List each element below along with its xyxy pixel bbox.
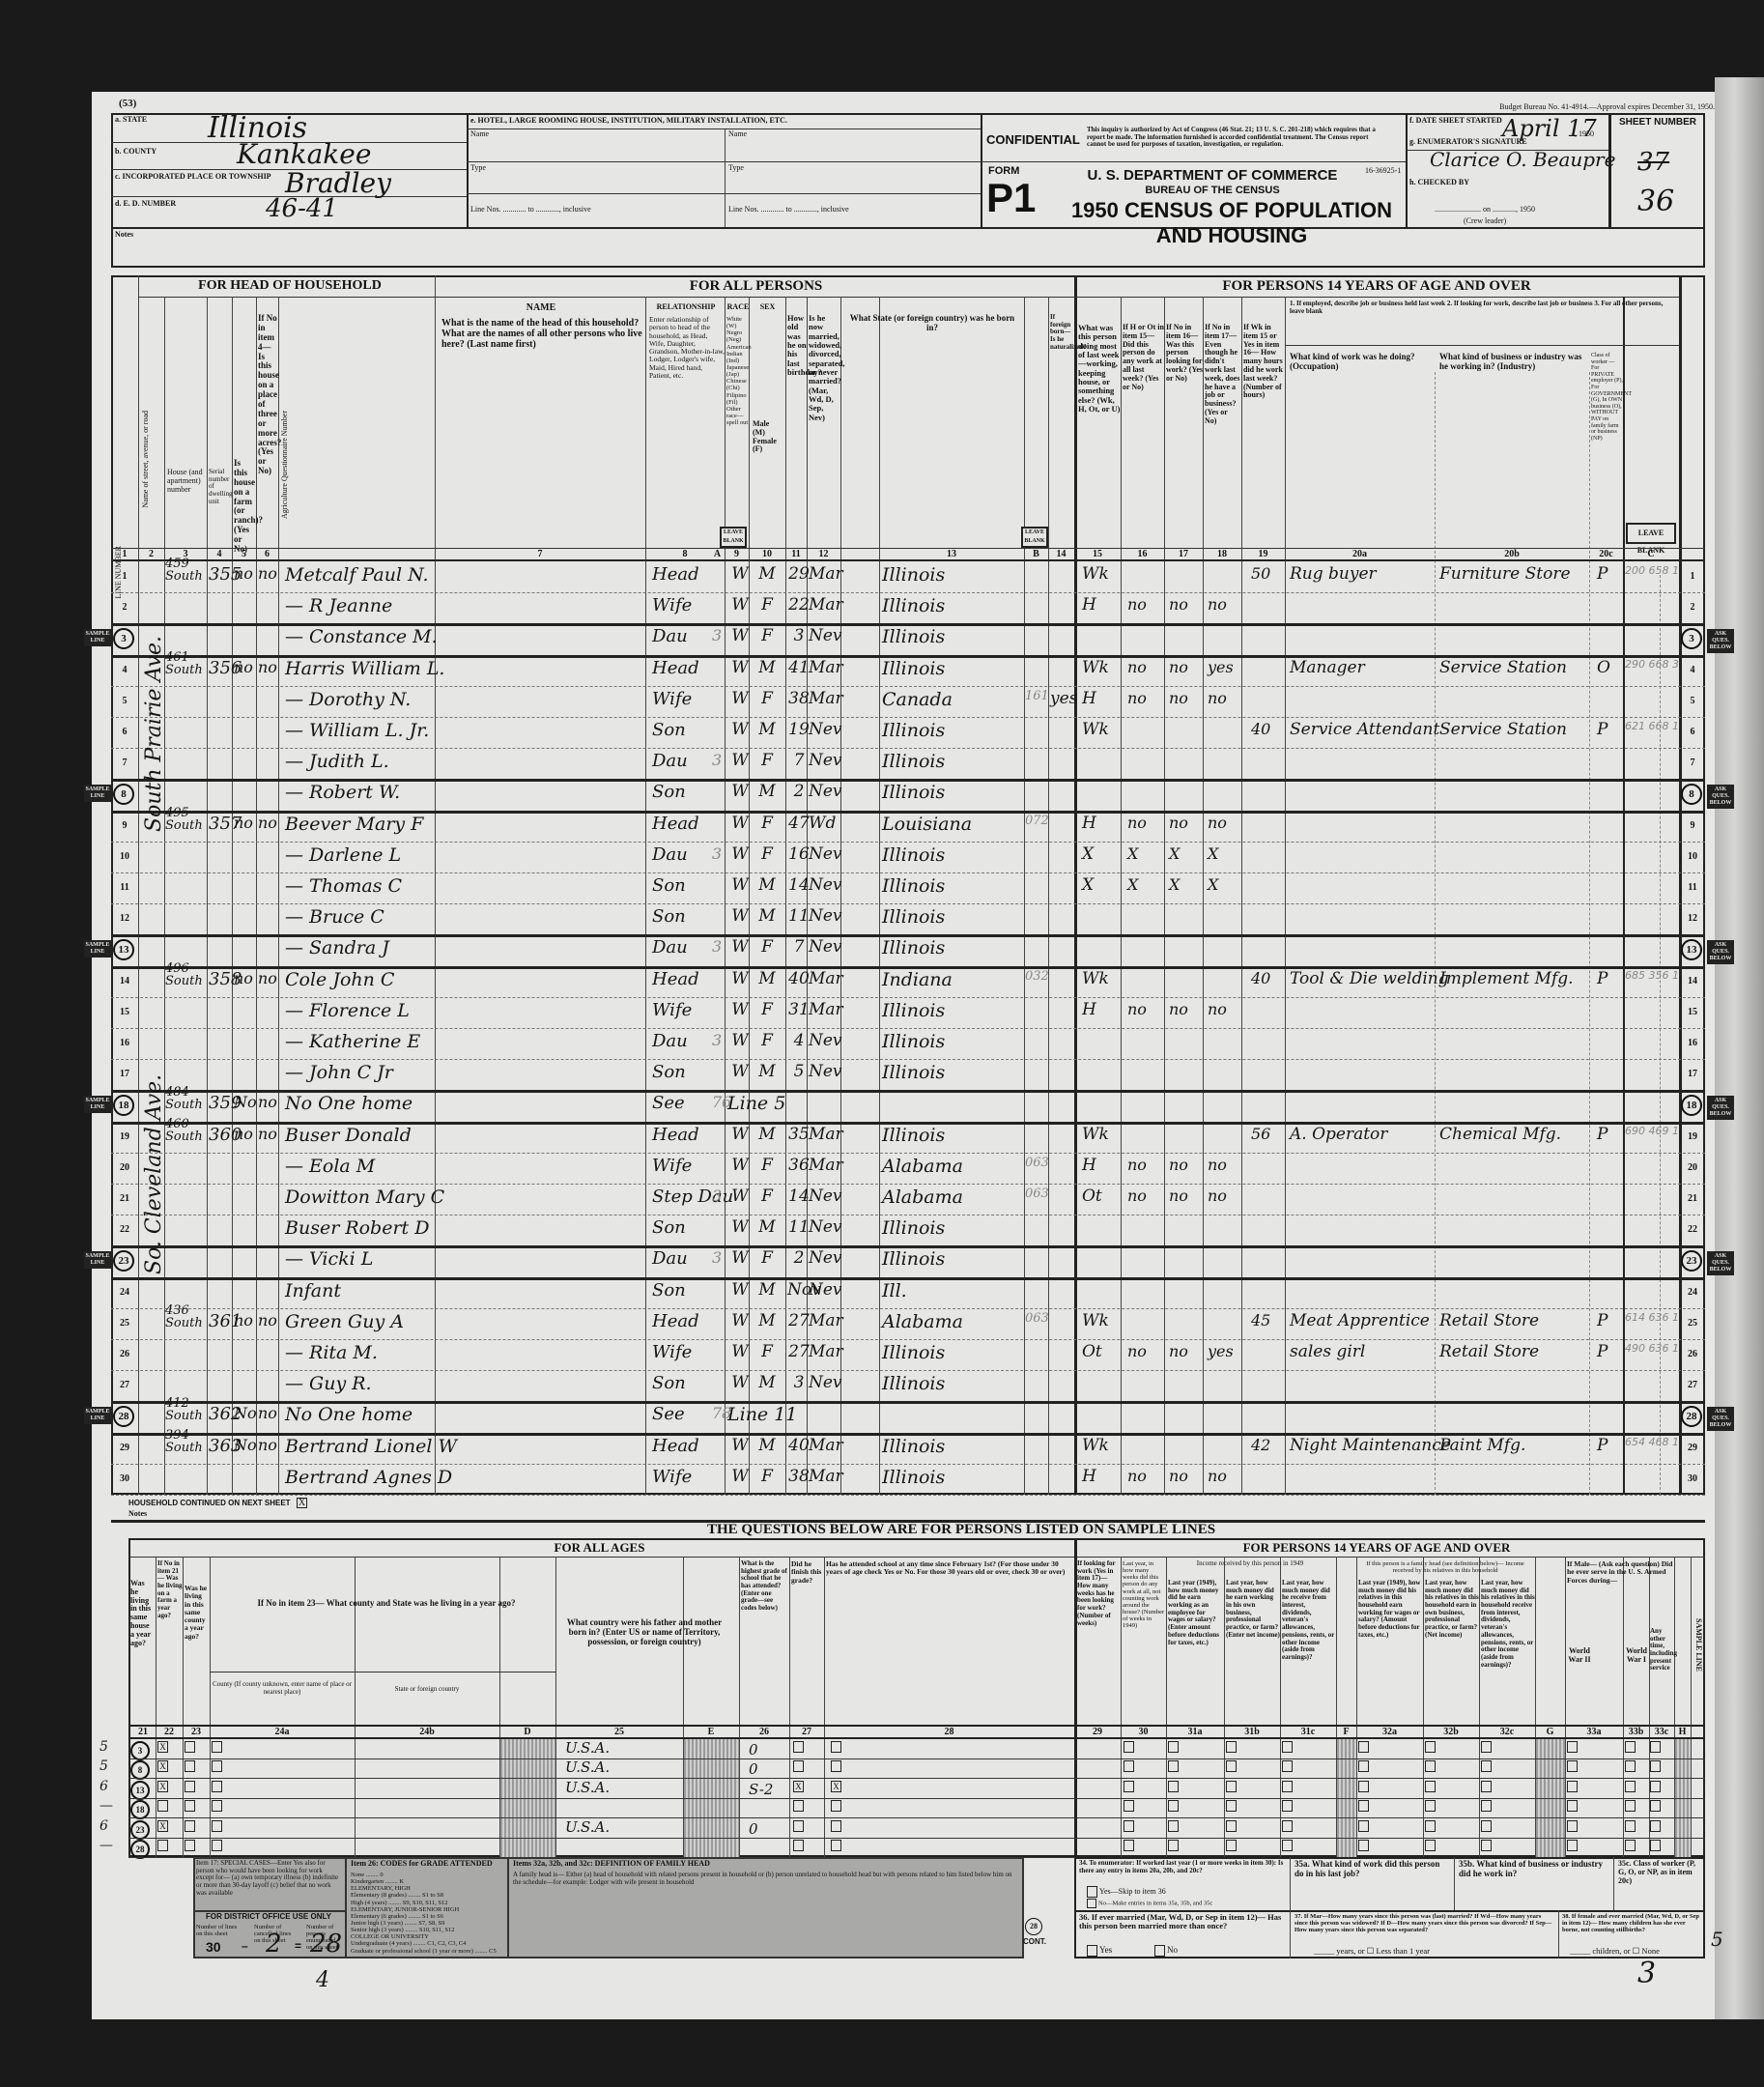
income-none-checkbox[interactable] (1226, 1820, 1238, 1832)
cancelled-value: 2 (266, 1930, 282, 1958)
sample-title: THE QUESTIONS BELOW ARE FOR PERSONS LIST… (575, 1522, 1348, 1538)
grade-attended: 0 (749, 1741, 758, 1758)
cell-race: W (729, 564, 751, 584)
cell-cls: P (1597, 1342, 1621, 1361)
armed-forces-checkbox[interactable] (1567, 1760, 1579, 1772)
cell-q17: no (1169, 1186, 1203, 1205)
q26-header: What is the highest grade of school that… (741, 1560, 789, 1613)
sample-column-number: 32c (1479, 1727, 1535, 1737)
cell-cls: P (1597, 1436, 1621, 1455)
income-none-checkbox[interactable] (1358, 1800, 1371, 1812)
margin-mark: — (100, 1798, 113, 1814)
column-number: 18 (1203, 549, 1241, 559)
cell-q16: no (1127, 1156, 1166, 1174)
armed-forces-checkbox[interactable] (1650, 1781, 1663, 1792)
q23-yes-checkbox[interactable] (212, 1800, 224, 1812)
income-none-checkbox[interactable] (1481, 1781, 1494, 1792)
cell-race: W (729, 814, 751, 833)
bureau: BUREAU OF THE CENSUS (1067, 185, 1357, 196)
cell-ind: Furniture Store (1439, 564, 1584, 584)
cell-house: 460 South (165, 1118, 208, 1143)
q33a-header: World War II (1567, 1647, 1592, 1665)
income-none-checkbox[interactable] (1168, 1741, 1181, 1753)
margin-mark: 6 (100, 1779, 108, 1794)
income-none-checkbox[interactable] (1168, 1800, 1181, 1812)
q21-yes-checkbox[interactable]: X (157, 1820, 170, 1832)
cell-blankB: 032 (1025, 969, 1048, 984)
col6-header: Agriculture Questionnaire Number (281, 411, 295, 519)
q22-yes-checkbox[interactable] (185, 1781, 197, 1792)
q23-yes-checkbox[interactable] (212, 1840, 224, 1851)
cell-cls: O (1597, 658, 1621, 677)
grade-code: Kindergarten ........ K (351, 1878, 503, 1885)
q23-yes-checkbox[interactable] (212, 1820, 224, 1832)
equals-sign: = (295, 1939, 301, 1953)
cell-q16: X (1127, 844, 1166, 863)
cell-name: — John C Jr (285, 1062, 642, 1083)
q33-header: If Male— (Ask each question) Did he ever… (1567, 1560, 1673, 1585)
cell-mar: Mar (809, 1000, 847, 1019)
cell-birth: Illinois (882, 1217, 1022, 1239)
cell-rel: Son (652, 782, 725, 802)
row-divider (111, 592, 1705, 593)
cell-mar: Mar (809, 658, 847, 677)
q22-yes-checkbox[interactable] (185, 1820, 197, 1832)
sample-column-number: 26 (739, 1727, 789, 1737)
cell-race: W (729, 1373, 751, 1392)
sample-column-number: 25 (555, 1727, 683, 1737)
cell-name: — R Jeanne (285, 595, 642, 616)
income-none-checkbox[interactable] (1481, 1840, 1494, 1851)
cell-name: Bertrand Lionel W (285, 1436, 642, 1457)
line-number-right: 11 (1681, 882, 1704, 893)
cell-age: 29 (787, 564, 811, 584)
cell-cls: P (1597, 969, 1621, 988)
grade-code: Elementary (8 grades) ........ S1 to S8 (351, 1892, 503, 1899)
income-none-checkbox[interactable] (1282, 1741, 1295, 1753)
cell-birth: Illinois (882, 720, 1022, 741)
checked-line: ........................ on ............… (1435, 206, 1535, 214)
q30-none-checkbox[interactable] (1124, 1820, 1136, 1832)
income-none-checkbox[interactable] (1168, 1820, 1181, 1832)
cell-age: 19 (787, 720, 811, 739)
q34-no[interactable]: No—Make entries in items 35a, 35b, and 3… (1087, 1899, 1212, 1908)
q21-yes-checkbox[interactable]: X (157, 1760, 170, 1772)
cell-blankB: 072 (1025, 814, 1048, 828)
income-none-checkbox[interactable] (1226, 1760, 1238, 1772)
armed-forces-checkbox[interactable] (1625, 1781, 1637, 1792)
grade-attended: 0 (749, 1820, 758, 1838)
q23-yes-checkbox[interactable] (212, 1760, 224, 1772)
line-number: 12 (113, 913, 136, 924)
armed-forces-checkbox[interactable] (1650, 1741, 1663, 1753)
cell-sex: F (753, 814, 782, 833)
sample-column-number: 21 (130, 1727, 156, 1737)
sheet-number-label: SHEET NUMBER (1614, 117, 1701, 128)
sample-column-number: 31b (1224, 1727, 1280, 1737)
col10-title: SEX (750, 302, 785, 311)
ask-ques-tag: ASK QUES. BELOW (1707, 785, 1734, 809)
cell-sex: M (753, 564, 782, 584)
band-sample-14-over: FOR PERSONS 14 YEARS OF AGE AND OVER (1077, 1540, 1676, 1556)
q30-header: Last year, in how many weeks did this pe… (1123, 1560, 1165, 1629)
income-none-checkbox[interactable] (1282, 1820, 1295, 1832)
cell-mar: Mar (809, 1156, 847, 1175)
q34-yes[interactable]: Yes—Skip to item 36 (1087, 1886, 1166, 1898)
armed-forces-checkbox[interactable] (1625, 1840, 1637, 1851)
cell-name: — Katherine E (285, 1031, 642, 1052)
type-label-2: Type (728, 164, 744, 173)
income-none-checkbox[interactable] (1282, 1840, 1295, 1851)
sample-column-number: 33c (1649, 1727, 1674, 1737)
q28-checkbox[interactable] (831, 1840, 843, 1851)
cell-race: W (729, 1311, 751, 1330)
line-number-right: 20 (1681, 1162, 1704, 1173)
page-code: (53) (119, 98, 136, 109)
income-none-checkbox[interactable] (1425, 1741, 1437, 1753)
income-none-checkbox[interactable] (1226, 1741, 1238, 1753)
margin-mark: 5 (100, 1739, 108, 1755)
cell-mar: Mar (809, 969, 847, 988)
q27-checkbox[interactable] (793, 1820, 806, 1832)
q27-header: Did he finish this grade? (791, 1560, 824, 1585)
cell-blankB: 063 (1025, 1156, 1048, 1170)
cell-occ: Rug buyer (1290, 564, 1435, 584)
income-none-checkbox[interactable] (1358, 1760, 1371, 1772)
q27-checkbox[interactable] (793, 1840, 806, 1851)
cell-farm: No (234, 1436, 259, 1454)
income-none-checkbox[interactable] (1358, 1820, 1371, 1832)
armed-forces-checkbox[interactable] (1625, 1760, 1637, 1772)
cell-sex: F (753, 1248, 782, 1268)
cell-cls: P (1597, 720, 1621, 739)
q21-header: Was he living in this same house a year … (130, 1580, 154, 1647)
income-none-checkbox[interactable] (1226, 1800, 1238, 1812)
cell-blankA: 3 (712, 751, 726, 769)
sample-column-number: D (499, 1727, 555, 1737)
col15-header: What was this person doing most of last … (1078, 324, 1121, 414)
income-none-checkbox[interactable] (1425, 1820, 1437, 1832)
armed-forces-checkbox[interactable] (1567, 1741, 1579, 1753)
armed-forces-checkbox[interactable] (1567, 1781, 1579, 1792)
q22-yes-checkbox[interactable] (185, 1760, 197, 1772)
father-birthplace: U.S.A. (565, 1779, 610, 1796)
column-number: 7 (435, 549, 645, 559)
cell-mar: Mar (809, 595, 847, 615)
cell-age: 38 (787, 1467, 811, 1486)
cont-circle-icon: 28 (1025, 1918, 1042, 1935)
line-number: 7 (113, 758, 136, 768)
q28-header: Has he attended school at any time since… (826, 1560, 1072, 1577)
income-none-checkbox[interactable] (1425, 1800, 1437, 1812)
cell-birth: Indiana (882, 969, 1022, 990)
q27-checkbox[interactable] (793, 1800, 806, 1812)
cell-race: W (729, 1248, 751, 1268)
armed-forces-checkbox[interactable] (1567, 1820, 1579, 1832)
cell-occ: sales girl (1290, 1342, 1435, 1361)
cell-age: 11 (787, 1217, 811, 1237)
cell-name: — Florence L (285, 1000, 642, 1021)
cell-occ: Service Attendant (1290, 720, 1435, 739)
cell-birth: Illinois (882, 595, 1022, 616)
cell-acres: no (258, 969, 281, 987)
sample-column-number: E (683, 1727, 739, 1737)
income-none-checkbox[interactable] (1481, 1741, 1494, 1753)
family-header: If this person is a family head (see def… (1358, 1560, 1532, 1574)
q22-yes-checkbox[interactable] (185, 1840, 197, 1851)
cell-race: W (729, 1342, 751, 1361)
row-divider (111, 717, 1705, 718)
cell-cls: P (1597, 1311, 1621, 1330)
cell-code: 200 658 1 (1625, 564, 1683, 577)
armed-forces-checkbox[interactable] (1650, 1820, 1663, 1832)
line-number-right: 14 (1681, 976, 1704, 986)
cell-q16: no (1127, 1467, 1166, 1485)
q28-checkbox[interactable] (831, 1741, 843, 1753)
cell-nat: yes (1050, 689, 1074, 708)
line-number-right: 26 (1681, 1349, 1704, 1359)
q28-checkbox[interactable]: X (831, 1781, 843, 1792)
ask-ques-tag: ASK QUES. BELOW (1707, 1096, 1734, 1120)
column-number: 10 (749, 549, 785, 559)
cell-birth: Alabama (882, 1311, 1022, 1332)
grade-codes-title: Item 26: CODES for GRADE ATTENDED (351, 1860, 493, 1869)
income-none-checkbox[interactable] (1358, 1840, 1371, 1851)
cell-code: 685 356 1 (1625, 969, 1683, 982)
cell-name: Buser Donald (285, 1125, 642, 1146)
cell-race: W (729, 782, 751, 801)
cell-sex: M (753, 1373, 782, 1392)
cell-birth: Illinois (882, 1248, 1022, 1270)
line-number: 10 (113, 851, 136, 862)
q24-header: If No in item 23— What county and State … (227, 1599, 546, 1609)
cell-q17: no (1169, 595, 1203, 614)
census-title: 1950 CENSUS OF POPULATION AND HOUSING (1048, 198, 1415, 248)
sample-column-number: G (1535, 1727, 1565, 1737)
cell-birth: Illinois (882, 906, 1022, 928)
q37-answer[interactable]: _____ years, or ☐ Less than 1 year (1314, 1947, 1430, 1956)
department: U. S. DEPARTMENT OF COMMERCE (1067, 167, 1357, 184)
column-number: 14 (1048, 549, 1074, 559)
enumerator-label: g. ENUMERATOR'S SIGNATURE (1409, 138, 1527, 147)
line-number: 16 (113, 1038, 136, 1048)
cell-age: 38 (787, 689, 811, 708)
cell-q18: no (1208, 1186, 1241, 1205)
q21-yes-checkbox[interactable]: X (157, 1741, 170, 1753)
income-none-checkbox[interactable] (1226, 1840, 1238, 1851)
column-number: 11 (785, 549, 807, 559)
income-none-checkbox[interactable] (1282, 1781, 1295, 1792)
q30-none-checkbox[interactable] (1124, 1800, 1136, 1812)
margin-mark: 6 (100, 1818, 108, 1834)
armed-forces-checkbox[interactable] (1625, 1800, 1637, 1812)
q27-checkbox[interactable]: X (793, 1781, 806, 1792)
q23-yes-checkbox[interactable] (212, 1781, 224, 1792)
armed-forces-checkbox[interactable] (1650, 1760, 1663, 1772)
cell-birth: Louisiana (882, 814, 1022, 835)
sample-line-tag: SAMPLE LINE (84, 629, 111, 646)
q30-none-checkbox[interactable] (1124, 1741, 1136, 1753)
income-none-checkbox[interactable] (1358, 1741, 1371, 1753)
cell-farm: no (234, 564, 259, 583)
q30-none-checkbox[interactable] (1124, 1760, 1136, 1772)
line-number: 19 (113, 1131, 136, 1142)
cell-farm: No (234, 1093, 259, 1111)
sample-column-number: 28 (824, 1727, 1074, 1737)
cell-code: 690 469 1 (1625, 1125, 1683, 1137)
cell-age: 40 (787, 969, 811, 988)
cell-work: H (1082, 595, 1121, 615)
cell-mar: Nev (809, 751, 847, 770)
q23-yes-checkbox[interactable] (212, 1741, 224, 1753)
q27-checkbox[interactable] (793, 1741, 806, 1753)
col3-header: Serial number of dwelling unit (209, 469, 232, 505)
income-none-checkbox[interactable] (1282, 1800, 1295, 1812)
armed-forces-checkbox[interactable] (1625, 1820, 1637, 1832)
line-number: 17 (113, 1069, 136, 1079)
cell-name: — Thomas C (285, 875, 642, 897)
household-continued-checkbox[interactable]: X (297, 1498, 307, 1508)
cell-age: 3 (787, 626, 811, 645)
cell-sex: F (753, 1031, 782, 1050)
cell-q18: X (1208, 875, 1241, 894)
armed-forces-checkbox[interactable] (1567, 1840, 1579, 1851)
row-divider (111, 1153, 1705, 1154)
sample-column-number: F (1336, 1727, 1356, 1737)
cell-q18: yes (1208, 1342, 1241, 1360)
q36-no[interactable]: No (1154, 1945, 1178, 1957)
notes-label: Notes (115, 231, 133, 240)
cell-birth: Illinois (882, 1342, 1022, 1363)
cell-age: 40 (787, 1436, 811, 1455)
q32c-header: Last year, how much money did his relati… (1481, 1580, 1535, 1669)
income-none-checkbox[interactable] (1282, 1760, 1295, 1772)
cell-work: H (1082, 689, 1121, 708)
income-none-checkbox[interactable] (1168, 1781, 1181, 1792)
cell-race: W (729, 937, 751, 957)
cell-race: W (729, 906, 751, 926)
cell-name: No One home (285, 1093, 642, 1114)
cell-code: 490 636 1 (1625, 1342, 1683, 1355)
q28-checkbox[interactable] (831, 1760, 843, 1772)
income-none-checkbox[interactable] (1358, 1781, 1371, 1792)
sample-column-number: 31a (1166, 1727, 1224, 1737)
row-divider (111, 1059, 1705, 1060)
q21-yes-checkbox[interactable]: X (157, 1781, 170, 1792)
q21-yes-checkbox[interactable] (157, 1840, 170, 1851)
q21-yes-checkbox[interactable] (157, 1800, 170, 1812)
line-number-right: 12 (1681, 913, 1704, 924)
cell-hours: 40 (1251, 720, 1280, 738)
grade-code: Elementary (6 grades) ........ S1 to S6 (351, 1913, 503, 1920)
income-none-checkbox[interactable] (1425, 1781, 1437, 1792)
cell-birth: Alabama (882, 1156, 1022, 1177)
cell-race: W (729, 844, 751, 864)
armed-forces-checkbox[interactable] (1567, 1800, 1579, 1812)
q28-checkbox[interactable] (831, 1800, 843, 1812)
income-none-checkbox[interactable] (1481, 1760, 1494, 1772)
cell-blankA: 3 (712, 1031, 726, 1049)
grade-code: None ........ 0 (351, 1872, 503, 1878)
q34: 34. To enumerator: If worked last year (… (1079, 1860, 1286, 1874)
cell-mar: Nev (809, 1280, 847, 1300)
armed-forces-checkbox[interactable] (1650, 1800, 1663, 1812)
sample-column-number: 23 (183, 1727, 210, 1737)
cell-sex: M (753, 658, 782, 677)
q36-yes[interactable]: Yes (1087, 1945, 1112, 1957)
line-number: 22 (113, 1224, 136, 1235)
cell-sex: M (753, 1280, 782, 1300)
armed-forces-checkbox[interactable] (1650, 1840, 1663, 1851)
q28-checkbox[interactable] (831, 1820, 843, 1832)
family-head-title: Items 32a, 32b, and 32c: DEFINITION OF F… (513, 1860, 710, 1869)
row-divider (111, 1184, 1705, 1185)
q30-none-checkbox[interactable] (1124, 1781, 1136, 1792)
income-none-checkbox[interactable] (1425, 1760, 1437, 1772)
father-birthplace: U.S.A. (565, 1818, 610, 1836)
cell-rel: Wife (652, 1467, 725, 1487)
line-number: 25 (113, 1318, 136, 1329)
q30-none-checkbox[interactable] (1124, 1840, 1136, 1851)
cell-rel: Son (652, 906, 725, 927)
income-none-checkbox[interactable] (1168, 1760, 1181, 1772)
col8-title: RELATIONSHIP (647, 302, 725, 311)
cell-sex: F (753, 1000, 782, 1019)
cell-birth: Illinois (882, 1062, 1022, 1083)
sample-line-tag: SAMPLE LINE (84, 1251, 111, 1269)
income-none-checkbox[interactable] (1425, 1840, 1437, 1851)
cell-sex: M (753, 1436, 782, 1455)
line-number-right: 22 (1681, 1224, 1704, 1235)
cell-age: 4 (787, 1031, 811, 1050)
cell-acres: no (258, 658, 281, 676)
cell-ind: Implement Mfg. (1439, 969, 1584, 988)
q22-yes-checkbox[interactable] (185, 1741, 197, 1753)
income-none-checkbox[interactable] (1481, 1820, 1494, 1832)
q27-checkbox[interactable] (793, 1760, 806, 1772)
cell-sex: M (753, 1217, 782, 1237)
cell-birth: Illinois (882, 937, 1022, 958)
income-none-checkbox[interactable] (1481, 1800, 1494, 1812)
q22-yes-checkbox[interactable] (185, 1800, 197, 1812)
cell-work: Wk (1082, 564, 1121, 584)
sample-column-number: 33a (1565, 1727, 1623, 1737)
cell-race: W (729, 1125, 751, 1144)
cell-hours: 56 (1251, 1125, 1280, 1143)
column-number: A (710, 549, 725, 559)
armed-forces-checkbox[interactable] (1625, 1741, 1637, 1753)
q38-answer[interactable]: _____ children, or ☐ None (1570, 1947, 1660, 1956)
line-number: 24 (113, 1287, 136, 1298)
cell-sex: M (753, 1062, 782, 1081)
line-number: 20 (113, 1162, 136, 1173)
income-none-checkbox[interactable] (1168, 1840, 1181, 1851)
cell-sex: F (753, 1342, 782, 1361)
name-label-2: Name (728, 130, 747, 139)
income-none-checkbox[interactable] (1226, 1781, 1238, 1792)
col20a-header: What kind of work was he doing? (Occupat… (1290, 353, 1430, 372)
cell-name: Green Guy A (285, 1311, 642, 1332)
cell-age: Nov (787, 1280, 811, 1300)
cell-race: W (729, 1031, 751, 1050)
sample-row: 136XU.S.A.S-2XX (92, 1779, 1715, 1798)
col5-header: If No in item 4— Is this house on a plac… (258, 314, 278, 476)
q38: 38. If female and ever married (Mar, Wd,… (1562, 1913, 1702, 1933)
county-label: b. COUNTY (115, 148, 156, 157)
enumerator-signature: Clarice O. Beaupre (1430, 148, 1615, 171)
row-divider (111, 1495, 1705, 1496)
cell-work: Wk (1082, 1436, 1121, 1455)
